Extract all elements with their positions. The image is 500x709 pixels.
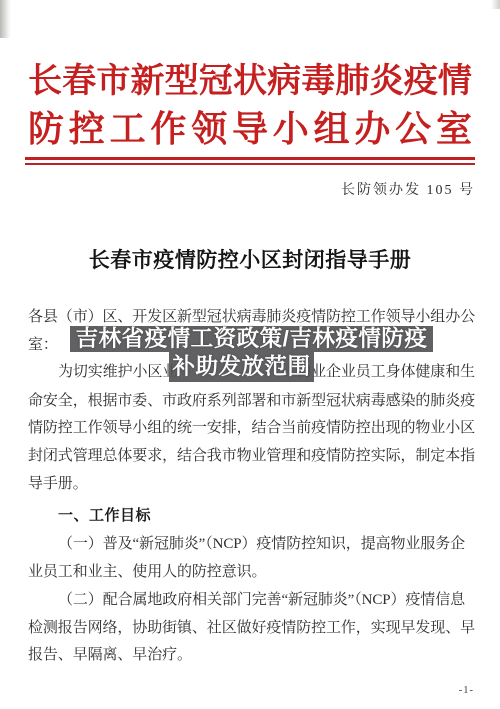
document-title: 长春市疫情防控小区封闭指导手册 xyxy=(0,244,500,274)
paragraph1-line-3: 情防控工作领导小组的统一安排，结合当前疫情防控出现的物业小区 xyxy=(28,416,475,438)
item1-line-1: （一）普及“新冠肺炎”（NCP）疫情防控知识，提高物业服务企 xyxy=(28,532,475,554)
scan-artifact-top-left xyxy=(0,0,11,38)
letterhead-line-1: 长春市新型冠状病毒肺炎疫情 xyxy=(28,53,472,101)
salutation-line-1: 各县（市）区、开发区新型冠状病毒肺炎疫情防控工作领导小组办公 xyxy=(28,305,475,327)
item1-line-2: 业员工和业主、使用人的防控意识。 xyxy=(28,560,475,582)
letterhead-line-2: 防控工作领导小组办公室 xyxy=(28,101,472,151)
item2-line-2: 检测报告网络，协助街镇、社区做好疫情防控工作，实现早发现、早 xyxy=(28,616,475,638)
paragraph1-line-5: 导手册。 xyxy=(28,472,475,494)
document-number: 长防领办发 105 号 xyxy=(341,179,475,199)
caption-overlay-line-2: 补助发放范围 xyxy=(169,352,313,382)
document-page: 长春市新型冠状病毒肺炎疫情 防控工作领导小组办公室 长防领办发 105 号 长春… xyxy=(0,0,500,709)
caption-overlay-line-1: 吉林省疫情工资政策/吉林疫情防疫 xyxy=(70,326,433,352)
item2-line-3: 报告、早隔离、早治疗。 xyxy=(28,643,475,665)
red-separator-rule-top xyxy=(25,157,475,160)
section-heading-work-goals: 一、工作目标 xyxy=(28,504,475,526)
paragraph1-line-2: 命安全，根据市委、市政府系列部署和市新型冠状病毒感染的肺炎疫 xyxy=(28,389,475,411)
caption-overlay: 吉林省疫情工资政策/吉林疫情防疫补助发放范围 xyxy=(70,326,433,382)
scan-artifact-top-right xyxy=(491,0,500,9)
red-separator-rule-bottom xyxy=(25,163,475,166)
paragraph1-line-4: 封闭式管理总体要求，结合我市物业管理和疫情防控实际，制定本指 xyxy=(28,444,475,466)
item2-line-1: （二）配合属地政府相关部门完善“新冠肺炎”（NCP）疫情信息 xyxy=(28,588,475,610)
page-number: -1- xyxy=(459,685,474,696)
